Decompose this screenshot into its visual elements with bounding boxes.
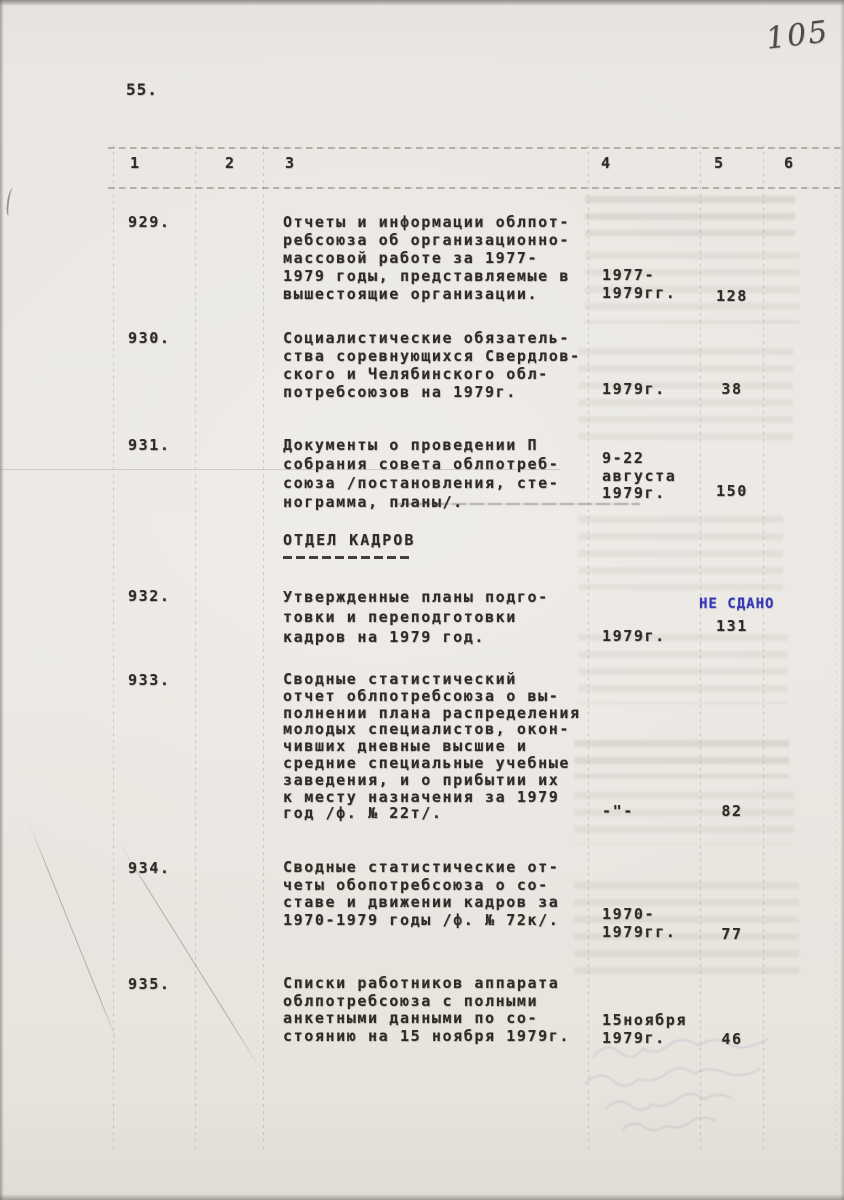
entry-description: Утвержденные планы подго- товки и перепо… — [283, 587, 613, 647]
scanned-document-page: 105 55. 1 2 3 4 5 6 929. Отчеты и информ… — [0, 0, 844, 1200]
column-divider-line — [113, 145, 114, 1150]
column-header: 2 — [225, 154, 236, 173]
column-divider-line — [836, 145, 837, 1150]
typed-dash-line — [398, 503, 640, 505]
entry-description: Списки работников аппарата облпотребсоюз… — [283, 975, 613, 1045]
column-divider-line — [763, 145, 764, 1150]
entry-number: 934. — [128, 859, 188, 878]
entry-count: 131 — [706, 617, 758, 636]
sheet-number: 55. — [126, 80, 158, 99]
scratch-line — [28, 822, 119, 1045]
column-header: 1 — [130, 154, 141, 173]
entry-dates: 9-22 августа 1979г. — [602, 450, 712, 503]
table-header-rule-top — [108, 147, 844, 149]
entry-dates: 1979г. — [602, 627, 712, 646]
column-header: 6 — [784, 154, 795, 173]
column-header: 4 — [601, 154, 612, 173]
scan-edge-bottom — [0, 1194, 844, 1200]
column-header: 5 — [714, 154, 725, 173]
pen-mark — [6, 188, 17, 217]
entry-count: 82 — [706, 802, 758, 821]
entry-count: 128 — [706, 287, 758, 306]
column-header: 3 — [285, 154, 296, 173]
column-divider-line — [195, 145, 196, 1150]
entry-dates: -"- — [602, 802, 712, 821]
scan-edge-top — [0, 0, 844, 6]
entry-description: Документы о проведении П собрания совета… — [283, 436, 613, 512]
entry-description: Отчеты и информации облпот- ребсоюза об … — [283, 213, 613, 303]
entry-description: Сводные статистический отчет облпотребсо… — [283, 671, 613, 822]
entry-dates: 15ноября 1979г. — [602, 1012, 712, 1047]
section-heading-underline — [283, 556, 413, 559]
entry-description: Сводные статистические от- четы обопотре… — [283, 859, 613, 930]
entry-count: 46 — [706, 1030, 758, 1049]
table-header-rule-bottom — [108, 187, 844, 189]
column-divider-line — [263, 145, 264, 1150]
handwritten-page-number: 105 — [764, 14, 831, 56]
bleedthrough-ghost — [578, 516, 783, 590]
entry-count: 38 — [706, 380, 758, 399]
entry-number: 931. — [128, 436, 188, 455]
entry-dates: 1977- 1979гг. — [602, 266, 712, 302]
entry-count: 150 — [706, 482, 758, 501]
not-handed-stamp: НЕ СДАНО — [699, 596, 774, 612]
entry-number: 935. — [128, 975, 188, 994]
scan-edge-left — [0, 0, 4, 1200]
scan-edge-right — [840, 0, 844, 1200]
entry-number: 932. — [128, 587, 188, 606]
entry-dates: 1979г. — [602, 380, 712, 399]
entry-dates: 1970- 1979гг. — [602, 906, 712, 941]
section-heading: ОТДЕЛ КАДРОВ — [283, 531, 415, 550]
entry-number: 933. — [128, 671, 188, 690]
entry-number: 929. — [128, 213, 188, 232]
entry-description: Социалистические обязатель- ства соревну… — [283, 329, 613, 401]
entry-count: 77 — [706, 925, 758, 944]
entry-number: 930. — [128, 329, 188, 348]
